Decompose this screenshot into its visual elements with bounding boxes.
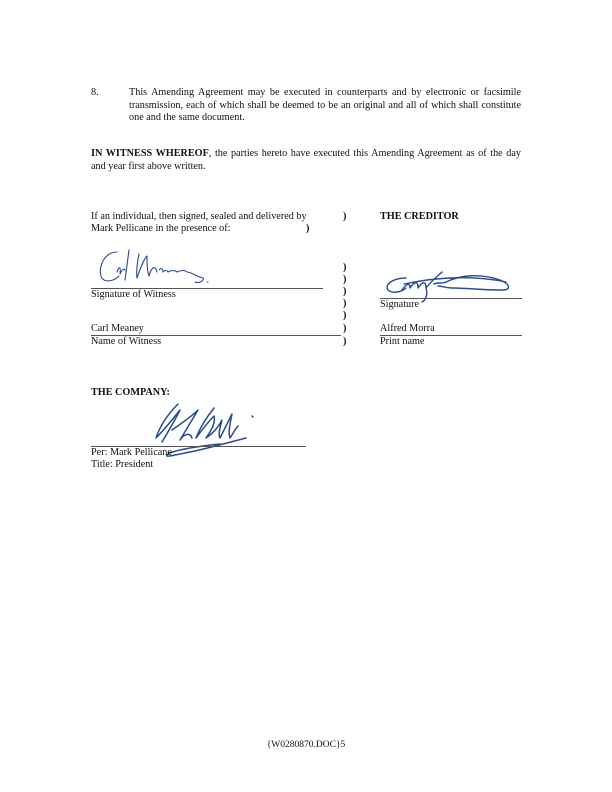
witness-signature-label: Signature of Witness (91, 289, 176, 302)
paren: ) (343, 286, 346, 299)
company-heading: THE COMPANY: (91, 387, 170, 400)
paren: ) (343, 262, 346, 275)
paren: ) (343, 211, 346, 224)
creditor-print-name-label: Print name (380, 336, 424, 349)
paren: ) (343, 323, 346, 336)
witness-name-value: Carl Meaney (91, 323, 144, 336)
creditor-print-name-value: Alfred Morra (380, 323, 435, 336)
paren: ) (343, 274, 346, 287)
witness-name-label: Name of Witness (91, 336, 161, 349)
creditor-heading: THE CREDITOR (380, 211, 459, 224)
clause-text: This Amending Agreement may be executed … (129, 87, 521, 125)
witness-signature (95, 248, 245, 288)
paren: ) (343, 310, 346, 323)
witness-lead: IN WITNESS WHEREOF (91, 148, 209, 159)
individual-line-2: Mark Pellicane in the presence of: (91, 223, 230, 236)
creditor-signature-label: Signature (380, 299, 419, 312)
paren: ) (306, 223, 309, 236)
company-title: Title: President (91, 459, 153, 472)
company-per: Per: Mark Pellicane (91, 447, 172, 460)
clause-number: 8. (91, 87, 99, 100)
footer-doc-reference: {W0280870.DOC}5 (0, 739, 612, 752)
witness-clause: IN WITNESS WHEREOF, the parties hereto h… (91, 148, 521, 173)
individual-line-1: If an individual, then signed, sealed an… (91, 211, 307, 224)
paren: ) (343, 336, 346, 349)
paren: ) (343, 298, 346, 311)
